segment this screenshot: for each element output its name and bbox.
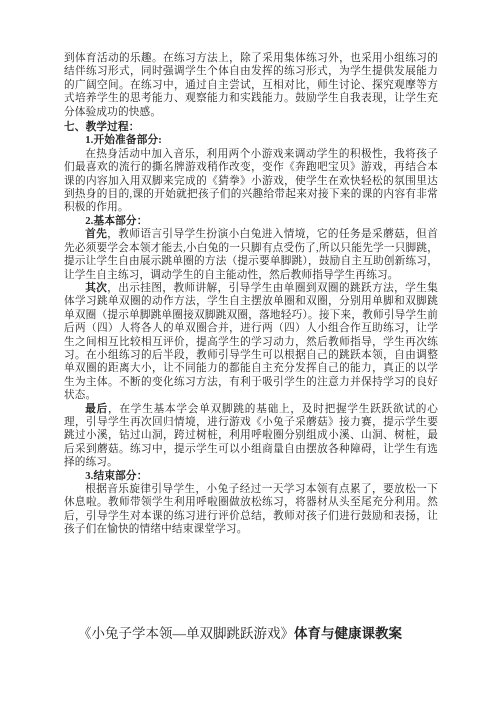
lesson-plan-title: 《小兔子学本领—单双脚跳跃游戏》体育与健康课教案 bbox=[78, 625, 478, 643]
lesson-plan-title-rest: 体育与健康课教案 bbox=[294, 626, 402, 641]
lead-word-second: 其次 bbox=[85, 283, 107, 294]
lesson-plan-title-quoted: 《小兔子学本领—单双脚跳跃游戏》 bbox=[78, 626, 294, 641]
continuation-paragraph: 到体育活动的乐趣。在练习方法上，除了采用集体练习外，也采用小组练习的结伴练习形式… bbox=[64, 52, 438, 119]
part1-paragraph: 在热身活动中加入音乐，利用两个小游戏来调动学生的积极性，我将孩子们最喜欢的流行的… bbox=[64, 148, 438, 215]
part2-paragraph-second: 其次，出示挂图，教师讲解，引导学生由单圈到双圈的跳跃方法，学生集体学习跳单双圈的… bbox=[64, 282, 438, 403]
subheading-part2-basic: 2.基本部分： bbox=[64, 215, 438, 228]
part2-third-text: ，在学生基本学会单双脚跳的基础上，及时把握学生跃跃欲试的心理，引导学生再次回归情… bbox=[64, 404, 438, 469]
part3-paragraph: 根据音乐旋律引导学生，小兔子经过一天学习本领有点累了，要放松一下休息啦。教师带领… bbox=[64, 483, 438, 537]
part2-paragraph-third: 最后，在学生基本学会单双脚跳的基础上，及时把握学生跃跃欲试的心理，引导学生再次回… bbox=[64, 403, 438, 470]
part2-first-text: ，教师语言引导学生扮演小白兔进入情境，它的任务是采蘑菇，但首先必须要学会本领才能… bbox=[64, 229, 438, 280]
part2-paragraph-first: 首先，教师语言引导学生扮演小白兔进入情境，它的任务是采蘑菇，但首先必须要学会本领… bbox=[64, 228, 438, 282]
subheading-part3-ending: 3.结束部分： bbox=[64, 470, 438, 483]
lead-word-first: 首先 bbox=[85, 229, 107, 240]
document-body: 到体育活动的乐趣。在练习方法上，除了采用集体练习外，也采用小组练习的结伴练习形式… bbox=[64, 52, 438, 537]
document-page: 到体育活动的乐趣。在练习方法上，除了采用集体练习外，也采用小组练习的结伴练习形式… bbox=[0, 0, 500, 707]
subheading-part1-preparation: 1.开始准备部分: bbox=[64, 134, 438, 147]
part2-second-text: ，出示挂图，教师讲解，引导学生由单圈到双圈的跳跃方法，学生集体学习跳单双圈的动作… bbox=[64, 283, 438, 401]
section-heading-teaching-process: 七、教学过程： bbox=[64, 121, 438, 134]
lead-word-third: 最后 bbox=[85, 404, 108, 415]
